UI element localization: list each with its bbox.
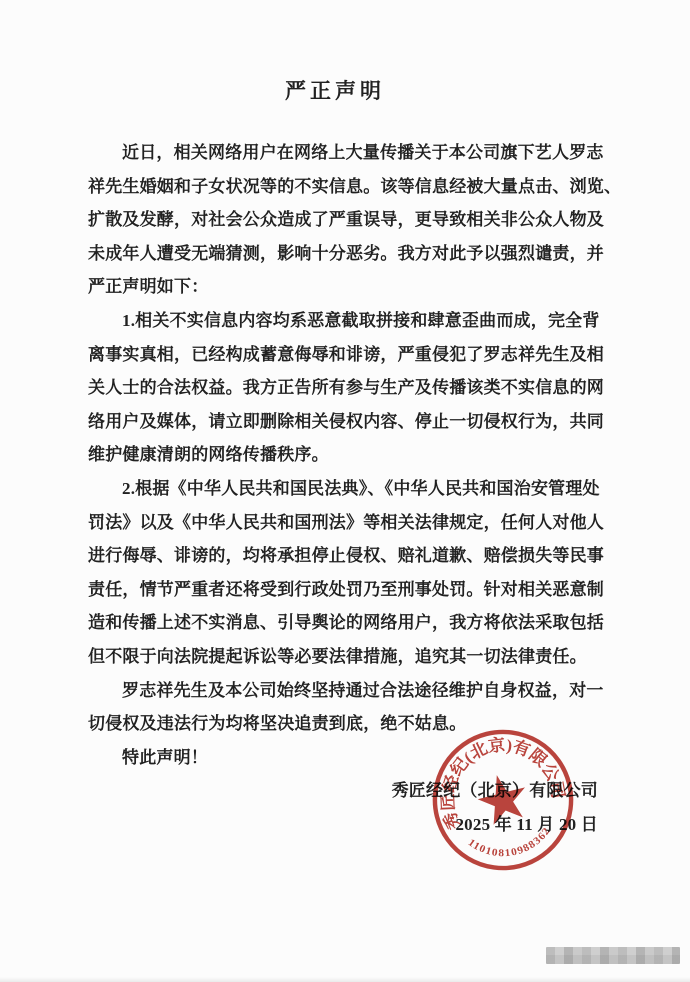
statement-line: 未成年人遭受无端猜测，影响十分恶劣。我方对此予以强烈谴责，并 xyxy=(88,237,604,271)
statement-line: 络用户及媒体，请立即删除相关侵权内容、停止一切侵权行为，共同 xyxy=(88,405,604,439)
statement-document: 严正声明 近日，相关网络用户在网络上大量传播关于本公司旗下艺人罗志 祥先生婚姻和… xyxy=(0,0,690,982)
statement-line: 2.根据《中华人民共和国民法典》、《中华人民共和国治安管理处 xyxy=(88,472,604,506)
star-icon xyxy=(473,769,532,827)
statement-line: 近日，相关网络用户在网络上大量传播关于本公司旗下艺人罗志 xyxy=(88,136,604,170)
statement-line: 离事实真相，已经构成蓄意侮辱和诽谤，严重侵犯了罗志祥先生及相 xyxy=(88,338,604,372)
statement-line: 罚法》以及《中华人民共和国刑法》等相关法律规定，任何人对他人 xyxy=(88,506,604,540)
statement-line: 但不限于向法院提起诉讼等必要法律措施，追究其一切法律责任。 xyxy=(88,640,604,674)
statement-line: 祥先生婚姻和子女状况等的不实信息。该等信息经被大量点击、浏览、 xyxy=(88,170,604,204)
statement-line: 严正声明如下： xyxy=(88,270,604,304)
statement-line: 扩散及发酵，对社会公众造成了严重误导，更导致相关非公众人物及 xyxy=(88,203,604,237)
statement-line: 进行侮辱、诽谤的，均将承担停止侵权、赔礼道歉、赔偿损失等民事 xyxy=(88,539,604,573)
statement-line: 维护健康清朗的网络传播秩序。 xyxy=(88,438,604,472)
statement-line: 关人士的合法权益。我方正告所有参与生产及传播该类不实信息的网 xyxy=(88,371,604,405)
statement-line: 责任，情节严重者还将受到行政处罚乃至刑事处罚。针对相关恶意制 xyxy=(88,573,604,607)
statement-line: 罗志祥先生及本公司始终坚持通过合法途径维护自身权益，对一 xyxy=(88,674,604,708)
blurred-watermark xyxy=(546,947,680,964)
document-title: 严正声明 xyxy=(0,75,680,105)
statement-line: 造和传播上述不实消息、引导舆论的网络用户，我方将依法采取包括 xyxy=(88,606,604,640)
statement-line: 1.相关不实信息内容均系恶意截取拼接和肆意歪曲而成，完全背 xyxy=(88,304,604,338)
